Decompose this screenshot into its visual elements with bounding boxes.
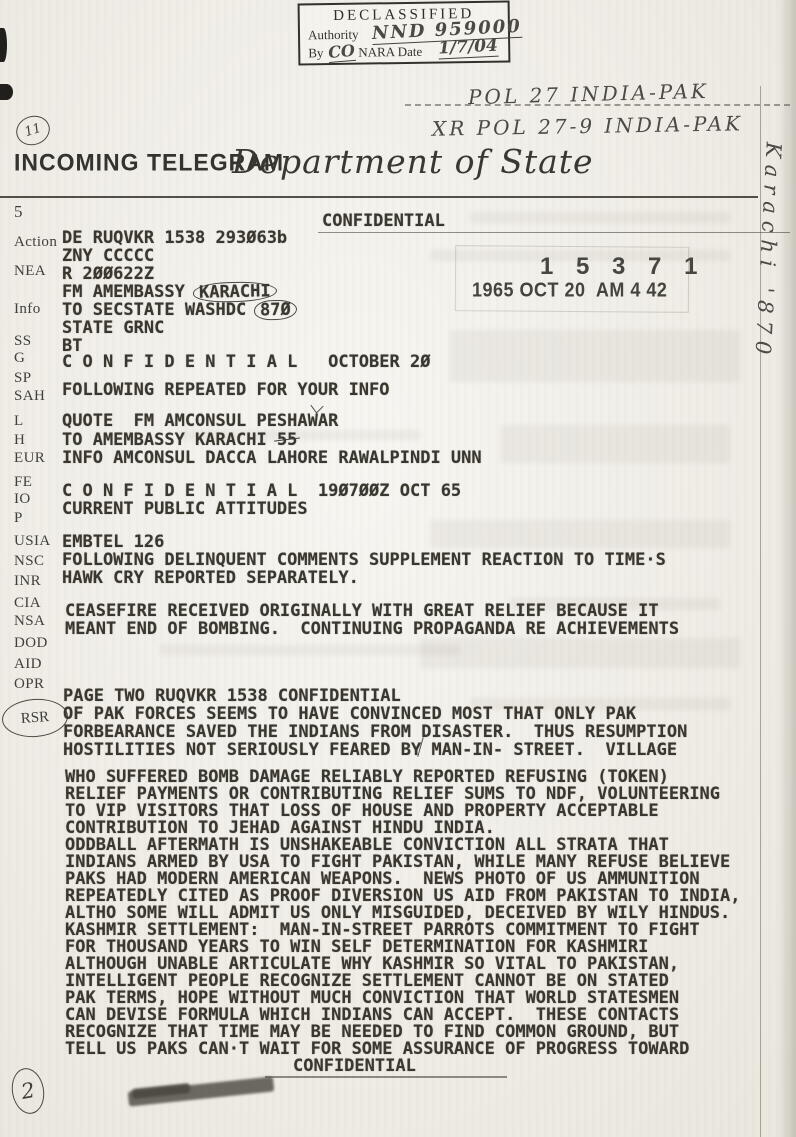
classification-underline-bottom <box>265 1076 507 1078</box>
circled-page-number-top: 11 <box>12 111 53 149</box>
struck-number: 55 <box>277 431 297 449</box>
fm-prefix: FM AMEMBASSY <box>62 282 195 302</box>
nara-date-label: NARA Date <box>358 44 422 61</box>
telegram-line: STATE GRNC <box>62 319 164 337</box>
routing-label-cia: CIA <box>14 595 41 612</box>
routing-label-l: L <box>14 413 24 430</box>
routing-label-nsc: NSC <box>14 553 44 570</box>
file-annotation-line2: XR POL 27-9 INDIA-PAK <box>432 111 743 140</box>
telegram-quote-line: QUOTE FM AMCONSUL PESHAWAR <box>62 412 338 430</box>
ghost-bleed <box>160 645 460 655</box>
scan-artifact <box>0 28 7 62</box>
by-scribble-handwritten: CO <box>327 41 355 63</box>
routing-label-io: IO <box>14 491 31 508</box>
telegram-page-two-block: PAGE TWO RUQVKR 1538 CONFIDENTIALOF PAK … <box>63 687 687 759</box>
routing-number: 5 <box>14 202 23 222</box>
telegram-following-line: FOLLOWING REPEATED FOR YOUR INFO <box>62 381 390 399</box>
telegram-line: MEANT END OF BOMBING. CONTINUING PROPAGA… <box>65 620 679 638</box>
telegram-line: PAGE TWO RUQVKR 1538 CONFIDENTIAL <box>63 687 687 705</box>
routing-label-h: H <box>14 432 25 449</box>
telegram-line: HOSTILITIES NOT SERIOUSLY FEARED BY MAN-… <box>63 741 687 759</box>
routing-label-eur: EUR <box>14 450 45 467</box>
date-value-handwritten: 1/7/04 <box>438 36 499 60</box>
routing-label-nsa: NSA <box>14 613 45 630</box>
ghost-bleed <box>470 212 730 223</box>
scan-artifact <box>0 84 13 100</box>
ghost-bleed <box>420 638 740 668</box>
routing-label-g: G <box>14 350 25 367</box>
classification-top: CONFIDENTIAL <box>322 212 445 230</box>
routing-label-p: P <box>14 510 23 527</box>
telegram-header-block: DE RUQVKR 1538 293Ø63bZNY CCCCCR 2ØØ622Z <box>62 229 287 283</box>
ghost-bleed <box>500 425 730 463</box>
receipt-stamp-datetime: 1965 OCT 20 AM 4 42 <box>472 279 667 303</box>
telegram-to-line: TO SECSTATE WASHDC 87Ø <box>62 301 295 319</box>
receipt-stamp-number: 1 5 3 7 1 <box>540 253 705 281</box>
classification-bottom: CONFIDENTIAL <box>293 1057 416 1075</box>
declassified-stamp: DECLASSIFIED Authority NND 959000 By CO … <box>298 1 511 66</box>
scanned-telegram-page: DECLASSIFIED Authority NND 959000 By CO … <box>0 0 796 1137</box>
telegram-karachi-line: TO AMEMBASSY KARACHI 55 <box>62 431 297 449</box>
telegram-line: DE RUQVKR 1538 293Ø63b <box>62 229 287 247</box>
routing-label-opr: OPR <box>14 676 44 693</box>
telegram-line: CURRENT PUBLIC ATTITUDES <box>62 500 461 518</box>
routing-label-usia: USIA <box>14 533 51 550</box>
routing-label-dod: DOD <box>14 635 48 652</box>
telegram-line: EMBTEL 126 <box>62 533 666 551</box>
to-circled-870: 87Ø <box>254 300 297 321</box>
telegram-fm-line: FM AMEMBASSY KARACHI <box>62 283 275 301</box>
routing-label-aid: AID <box>14 656 42 673</box>
karachi-prefix: TO AMEMBASSY KARACHI <box>62 430 277 450</box>
telegram-line: FORBEARANCE SAVED THE INDIANS FROM DISAS… <box>63 723 687 741</box>
classification-underline-top <box>318 232 790 233</box>
annotation-underline <box>405 104 790 106</box>
telegram-confidential-october: C O N F I D E N T I A L OCTOBER 2Ø <box>62 353 430 371</box>
routing-label-sah: SAH <box>14 388 45 405</box>
telegram-line: OF PAK FORCES SEEMS TO HAVE CONVINCED MO… <box>63 705 687 723</box>
routing-label-rsr-circled: RSR <box>1 697 69 740</box>
routing-label-ss: SS <box>14 333 32 350</box>
telegram-info-line: INFO AMCONSUL DACCA LAHORE RAWALPINDI UN… <box>62 449 482 467</box>
circled-page-number-bottom: 2 <box>8 1066 48 1117</box>
telegram-ceasefire-block: CEASEFIRE RECEIVED ORIGINALLY WITH GREAT… <box>65 602 679 638</box>
telegram-embtel-block: EMBTEL 126FOLLOWING DELINQUENT COMMENTS … <box>62 533 666 587</box>
telegram-line: ZNY CCCCC <box>62 247 287 265</box>
masthead-department-of-state: Department of State <box>232 142 594 181</box>
to-prefix: TO SECSTATE WASHDC <box>62 300 256 320</box>
routing-label-action: Action <box>14 234 57 251</box>
telegram-line: CEASEFIRE RECEIVED ORIGINALLY WITH GREAT… <box>65 602 679 620</box>
telegram-line: HAWK CRY REPORTED SEPARATELY. <box>62 569 666 587</box>
telegram-main-block: WHO SUFFERED BOMB DAMAGE RELIABLY REPORT… <box>65 769 741 1058</box>
routing-label-sp: SP <box>14 370 32 387</box>
telegram-line: FOLLOWING DELINQUENT COMMENTS SUPPLEMENT… <box>62 551 666 569</box>
telegram-line: R 2ØØ622Z <box>62 265 287 283</box>
ghost-bleed <box>450 330 740 382</box>
telegram-confidential2-block: C O N F I D E N T I A L 19Ø7ØØZ OCT 65CU… <box>62 482 461 518</box>
routing-label-nea: NEA <box>14 263 46 280</box>
by-label: By <box>308 45 323 61</box>
telegram-line: C O N F I D E N T I A L 19Ø7ØØZ OCT 65 <box>62 482 461 500</box>
routing-label-inr: INR <box>14 573 41 590</box>
routing-label-info: Info <box>14 301 41 318</box>
telegram-state-block: STATE GRNCBT <box>62 319 164 355</box>
masthead-rule <box>0 196 758 198</box>
routing-label-fe: FE <box>14 474 32 491</box>
